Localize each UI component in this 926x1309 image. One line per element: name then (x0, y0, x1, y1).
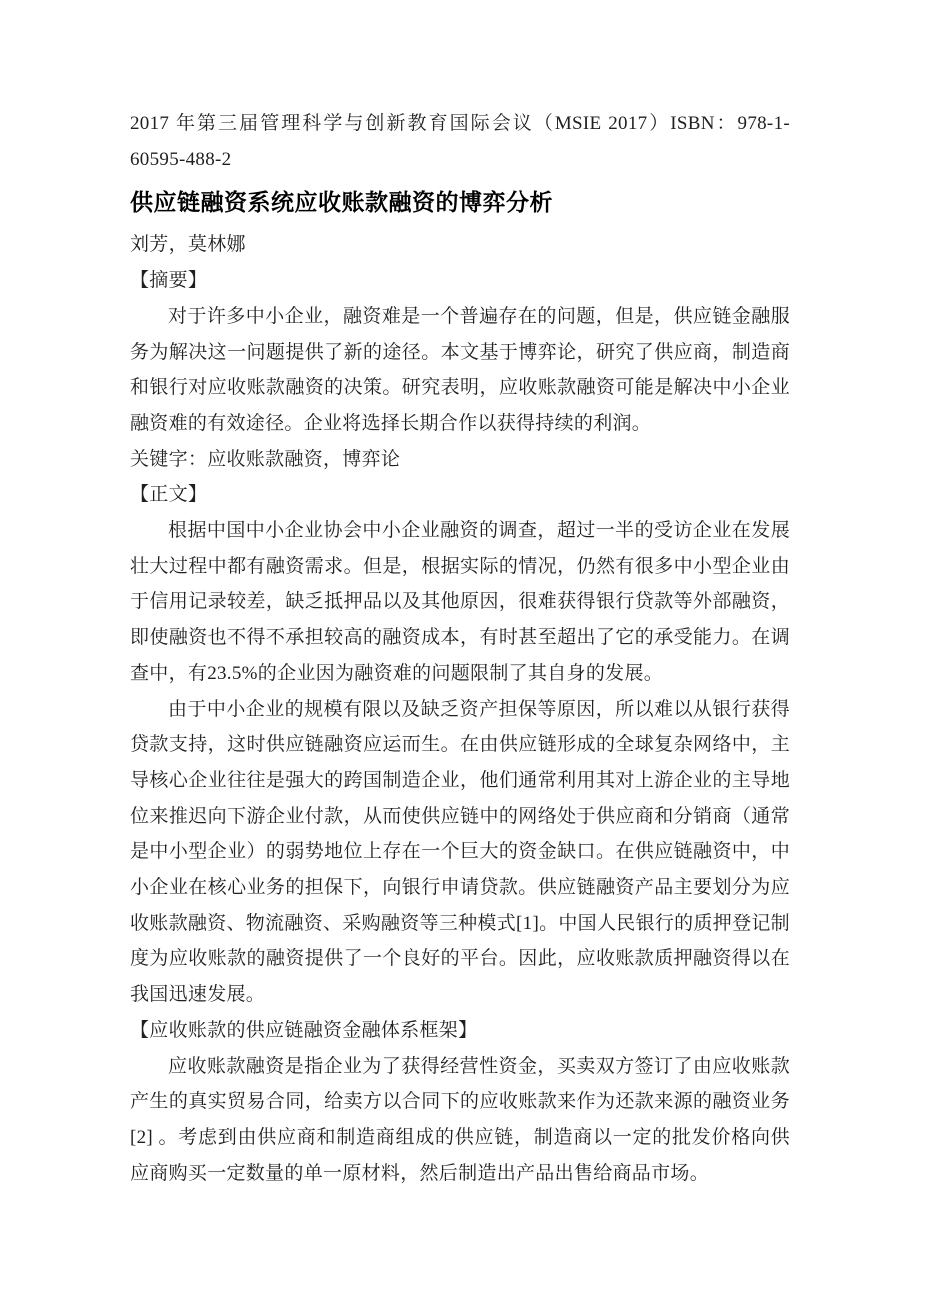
authors-line: 刘芳，莫林娜 (130, 227, 790, 263)
section-header-framework: 【应收账款的供应链融资金融体系框架】 (130, 1013, 790, 1049)
body-label: 【正文】 (130, 477, 790, 513)
keywords-line: 关键字：应收账款融资，博弈论 (130, 442, 790, 478)
abstract-label: 【摘要】 (130, 263, 790, 299)
conference-header: 2017 年第三届管理科学与创新教育国际会议（MSIE 2017）ISBN：97… (130, 106, 790, 177)
document-page: 2017 年第三届管理科学与创新教育国际会议（MSIE 2017）ISBN：97… (0, 0, 926, 1309)
page-content: 2017 年第三届管理科学与创新教育国际会议（MSIE 2017）ISBN：97… (130, 106, 790, 1191)
body-paragraph-2: 由于中小企业的规模有限以及缺乏资产担保等原因，所以难以从银行获得贷款支持，这时供… (130, 692, 790, 1013)
body-paragraph-3: 应收账款融资是指企业为了获得经营性资金，买卖双方签订了由应收账款产生的真实贸易合… (130, 1049, 790, 1192)
abstract-text: 对于许多中小企业，融资难是一个普遍存在的问题，但是，供应链金融服务为解决这一问题… (130, 299, 790, 442)
body-paragraph-1: 根据中国中小企业协会中小企业融资的调查，超过一半的受访企业在发展壮大过程中都有融… (130, 513, 790, 692)
paper-title: 供应链融资系统应收账款融资的博弈分析 (130, 177, 790, 227)
